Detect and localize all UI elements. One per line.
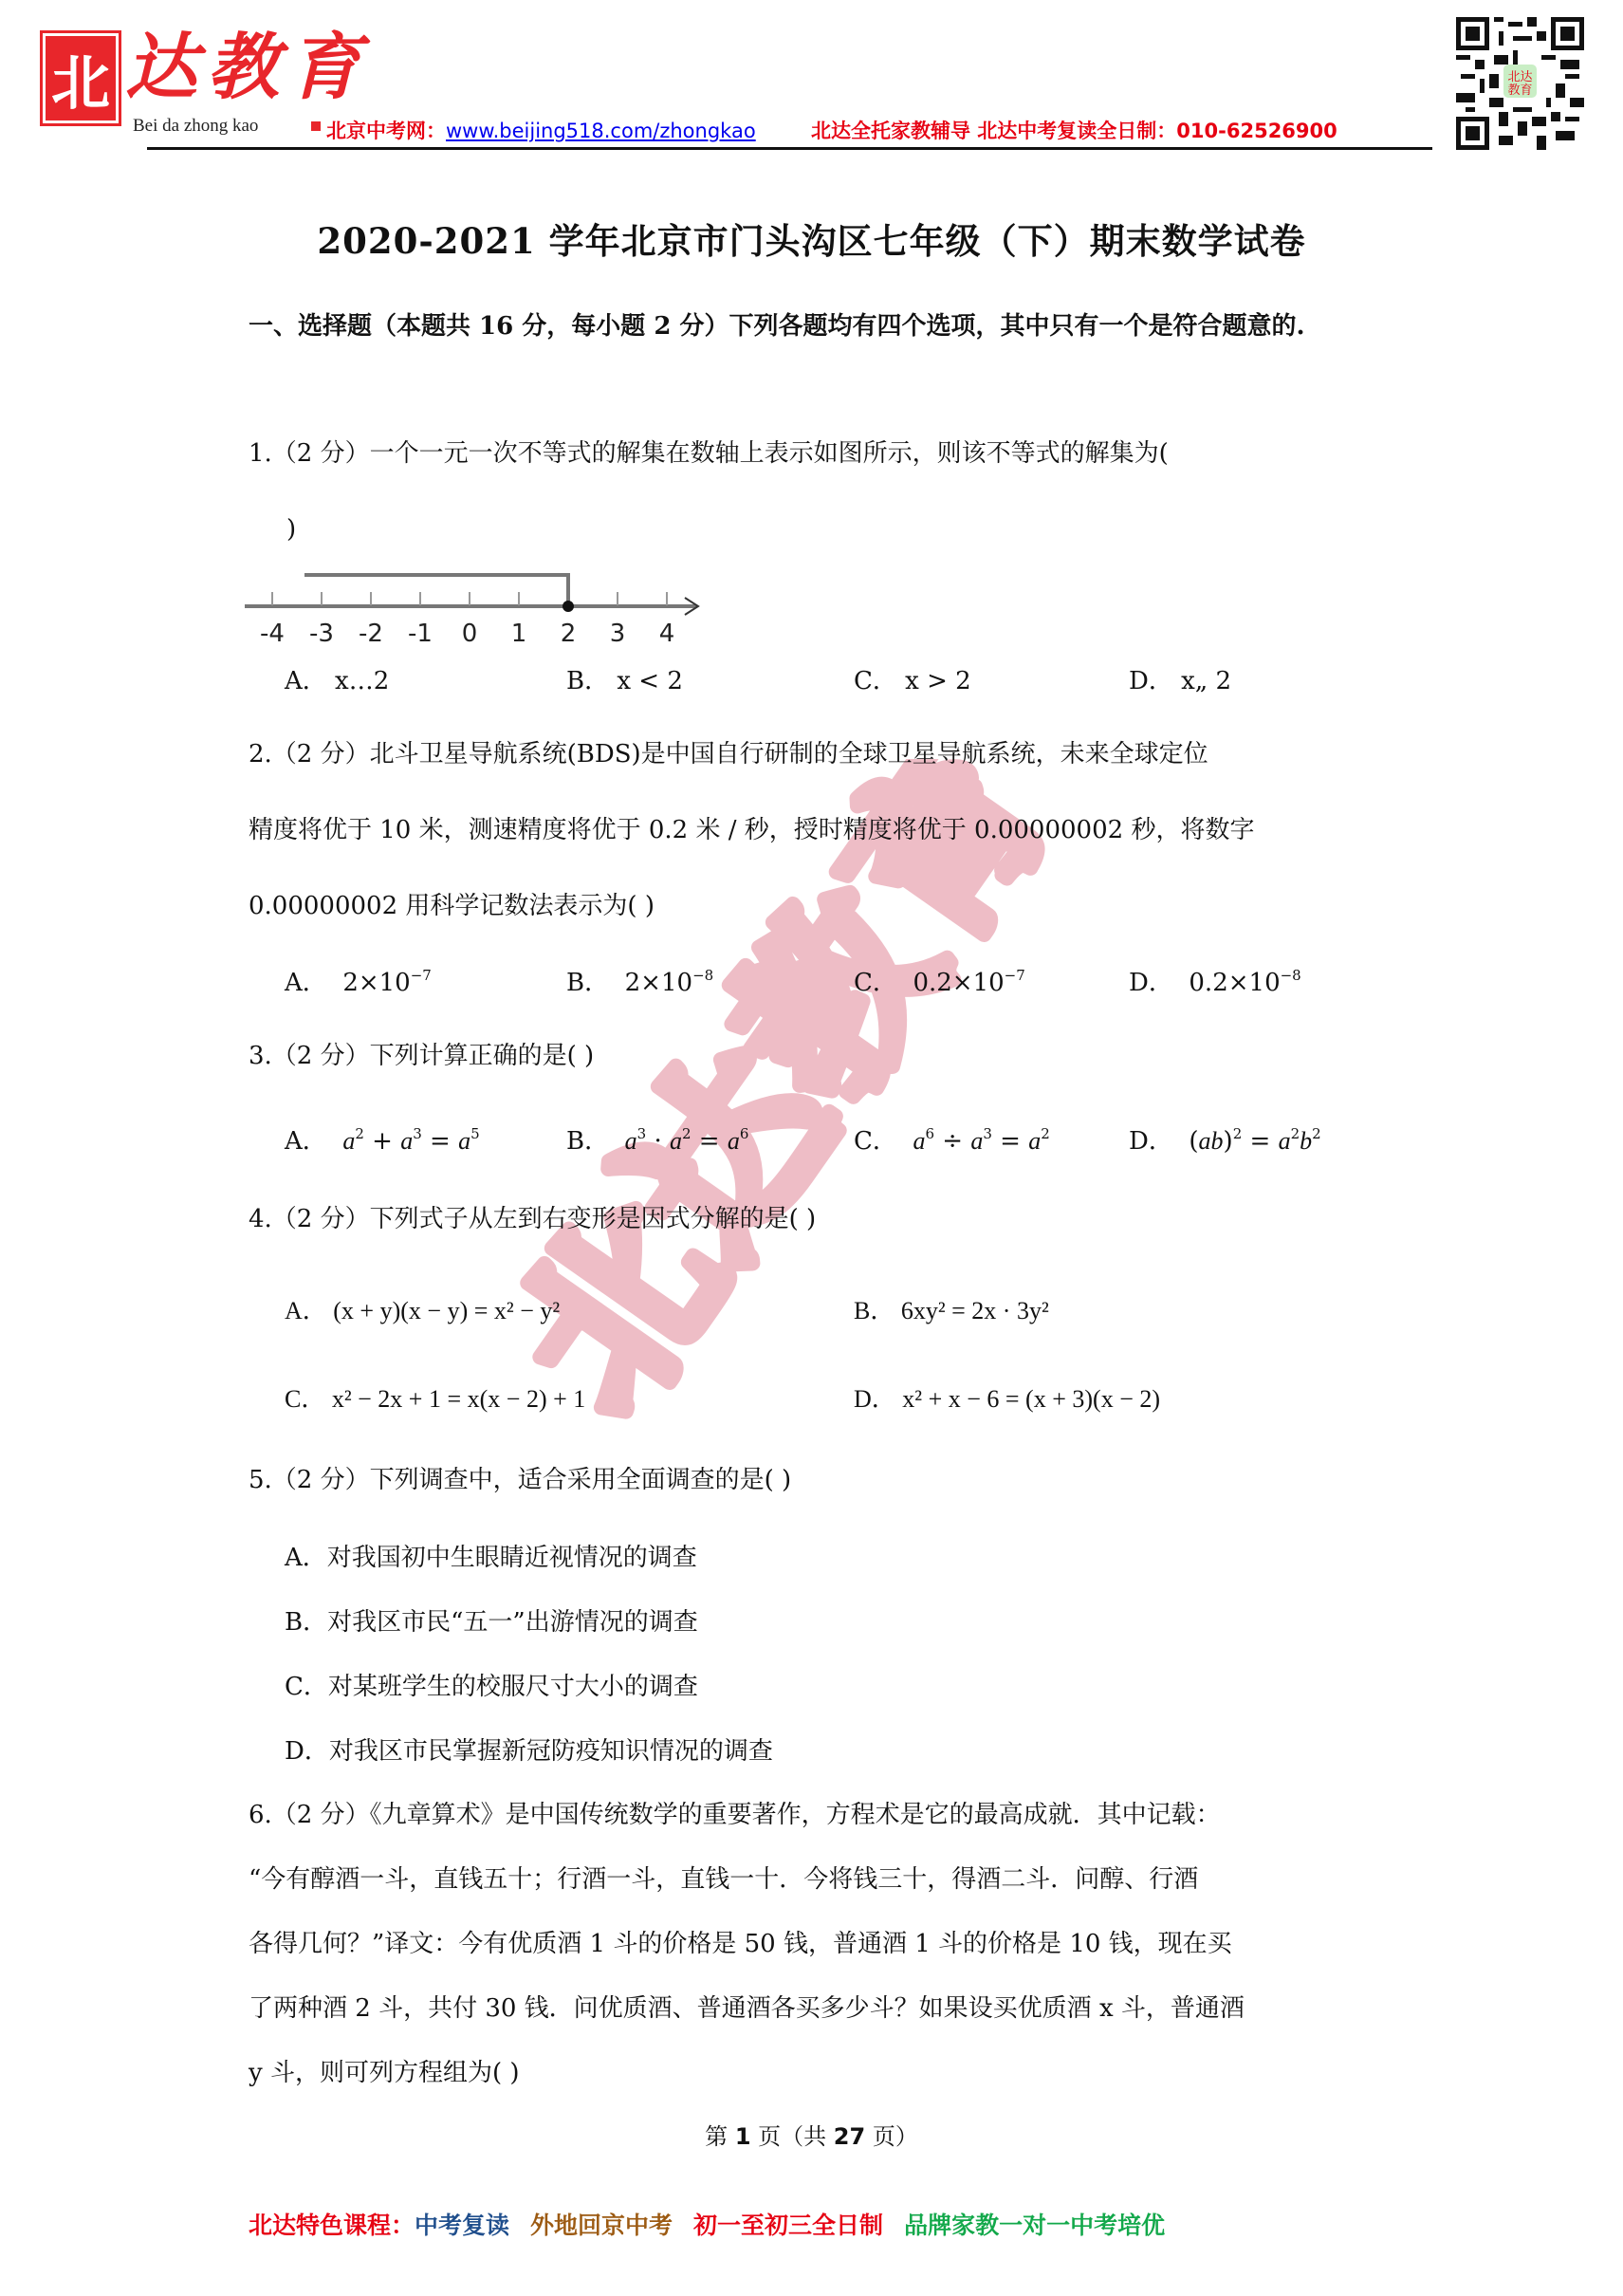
q2-option-a: A． 2×10−7 — [285, 964, 432, 1002]
q5-option-d: D．对我区市民掌握新冠防疫知识情况的调查 — [285, 1732, 773, 1770]
q4-option-c: C． x² − 2x + 1 = x(x − 2) + 1 — [285, 1380, 585, 1418]
tick-label: -4 — [260, 620, 285, 645]
question-2-line-1: 2.（2 分）北斗卫星导航系统(BDS)是中国自行研制的全球卫星导航系统，未来全… — [249, 735, 1208, 773]
site-link[interactable]: www.beijing518.com/zhongkao — [446, 120, 756, 142]
question-6-line-3: 各得几何？”译文：今有优质酒 1 斗的价格是 50 钱，普通酒 1 斗的价格是 … — [249, 1925, 1232, 1963]
question-6-line-2: “今有醇酒一斗，直钱五十；行酒一斗，直钱一十．今将钱三十，得酒二斗．问醇、行酒 — [249, 1861, 1198, 1898]
q5-option-a: A．对我国初中生眼睛近视情况的调查 — [285, 1539, 697, 1577]
tick-label: 1 — [511, 620, 527, 645]
footer-courses: 北达特色课程：中考复读外地回京中考初一至初三全日制品牌家教一对一中考培优 — [249, 2207, 1186, 2241]
header-promo: 北达全托家教辅导 北达中考复读全日制：010-62526900 — [811, 116, 1337, 144]
tick-label: 0 — [462, 620, 478, 645]
svg-text:教育: 教育 — [1507, 83, 1532, 98]
number-line-figure: -4 -3 -2 -1 0 1 2 3 4 — [242, 560, 716, 645]
question-1-stem: 1.（2 分）一个一元一次不等式的解集在数轴上表示如图所示，则该不等式的解集为( — [249, 435, 1169, 472]
q3-option-c: C． a6 ÷ a3 = a2 — [854, 1122, 1050, 1160]
question-4-stem: 4.（2 分）下列式子从左到右变形是因式分解的是( ) — [249, 1200, 816, 1238]
question-6-line-1: 6.（2 分）《九章算术》是中国传统数学的重要著作，方程术是它的最高成就．其中记… — [249, 1796, 1221, 1834]
footer-item: 品牌家教一对一中考培优 — [904, 2212, 1165, 2239]
q1-option-b: B． x < 2 — [566, 662, 683, 700]
tick-label: 3 — [610, 620, 626, 645]
question-2-line-3: 0.00000002 用科学记数法表示为( ) — [249, 887, 655, 925]
q2-option-b: B． 2×10−8 — [566, 964, 713, 1002]
tick-label: -1 — [408, 620, 433, 645]
question-6-line-5: y 斗，则可列方程组为( ) — [249, 2054, 520, 2092]
q2-option-c: C． 0.2×10−7 — [854, 964, 1025, 1002]
q2-option-d: D． 0.2×10−8 — [1129, 964, 1301, 1002]
logo-subtitle: Bei da zhong kao — [133, 116, 258, 137]
header-divider — [147, 147, 1432, 150]
logo-mark: 北 — [40, 30, 121, 126]
tick-label: -3 — [309, 620, 334, 645]
footer-item: 中考复读 — [415, 2212, 509, 2239]
header-site: 北京中考网：www.beijing518.com/zhongkao — [326, 116, 756, 144]
q3-option-a: A． a2 + a3 = a5 — [285, 1122, 480, 1160]
q4-option-d: D． x² + x − 6 = (x + 3)(x − 2) — [854, 1380, 1160, 1418]
site-label: 北京中考网： — [326, 120, 446, 142]
q5-option-b: B．对我区市民“五一”出游情况的调查 — [285, 1603, 698, 1641]
exam-title: 2020-2021 学年北京市门头沟区七年级（下）期末数学试卷 — [0, 213, 1623, 264]
footer-item: 初一至初三全日制 — [693, 2212, 883, 2239]
page-number: 第 1 页（共 27 页） — [0, 2118, 1623, 2151]
question-3-stem: 3.（2 分）下列计算正确的是( ) — [249, 1037, 594, 1075]
tick-label: 2 — [561, 620, 577, 645]
bullet-icon — [311, 121, 321, 131]
q1-option-a: A． x…2 — [285, 662, 389, 700]
q5-option-c: C．对某班学生的校服尺寸大小的调查 — [285, 1668, 698, 1706]
qr-code-icon: 北达 教育 — [1456, 17, 1584, 150]
q1-option-d: D． x„ 2 — [1129, 662, 1231, 700]
q4-option-a: A． (x + y)(x − y) = x² − y² — [285, 1292, 560, 1330]
question-6-line-4: 了两种酒 2 斗，共付 30 钱．问优质酒、普通酒各买多少斗？如果设买优质酒 x… — [249, 1990, 1245, 2028]
footer-item: 外地回京中考 — [530, 2212, 673, 2239]
tick-label: 4 — [659, 620, 675, 645]
question-2-line-2: 精度将优于 10 米，测速精度将优于 0.2 米 / 秒，授时精度将优于 0.0… — [249, 811, 1254, 849]
svg-text:北达: 北达 — [1507, 69, 1532, 84]
question-1-stem-close: ) — [286, 510, 296, 548]
q3-option-d: D． (ab)2 = a2b2 — [1129, 1122, 1321, 1160]
q4-option-b: B． 6xy² = 2x · 3y² — [854, 1292, 1049, 1330]
footer-label: 北达特色课程： — [249, 2212, 415, 2239]
section-heading: 一、选择题（本题共 16 分，每小题 2 分）下列各题均有四个选项，其中只有一个… — [249, 294, 1396, 359]
logo-text: 达教育 — [125, 25, 370, 110]
q3-option-b: B． a3 · a2 = a6 — [566, 1122, 748, 1160]
q1-option-c: C． x > 2 — [854, 662, 971, 700]
tick-label: -2 — [359, 620, 383, 645]
question-5-stem: 5.（2 分）下列调查中，适合采用全面调查的是( ) — [249, 1461, 791, 1499]
solid-point-icon — [563, 601, 574, 612]
